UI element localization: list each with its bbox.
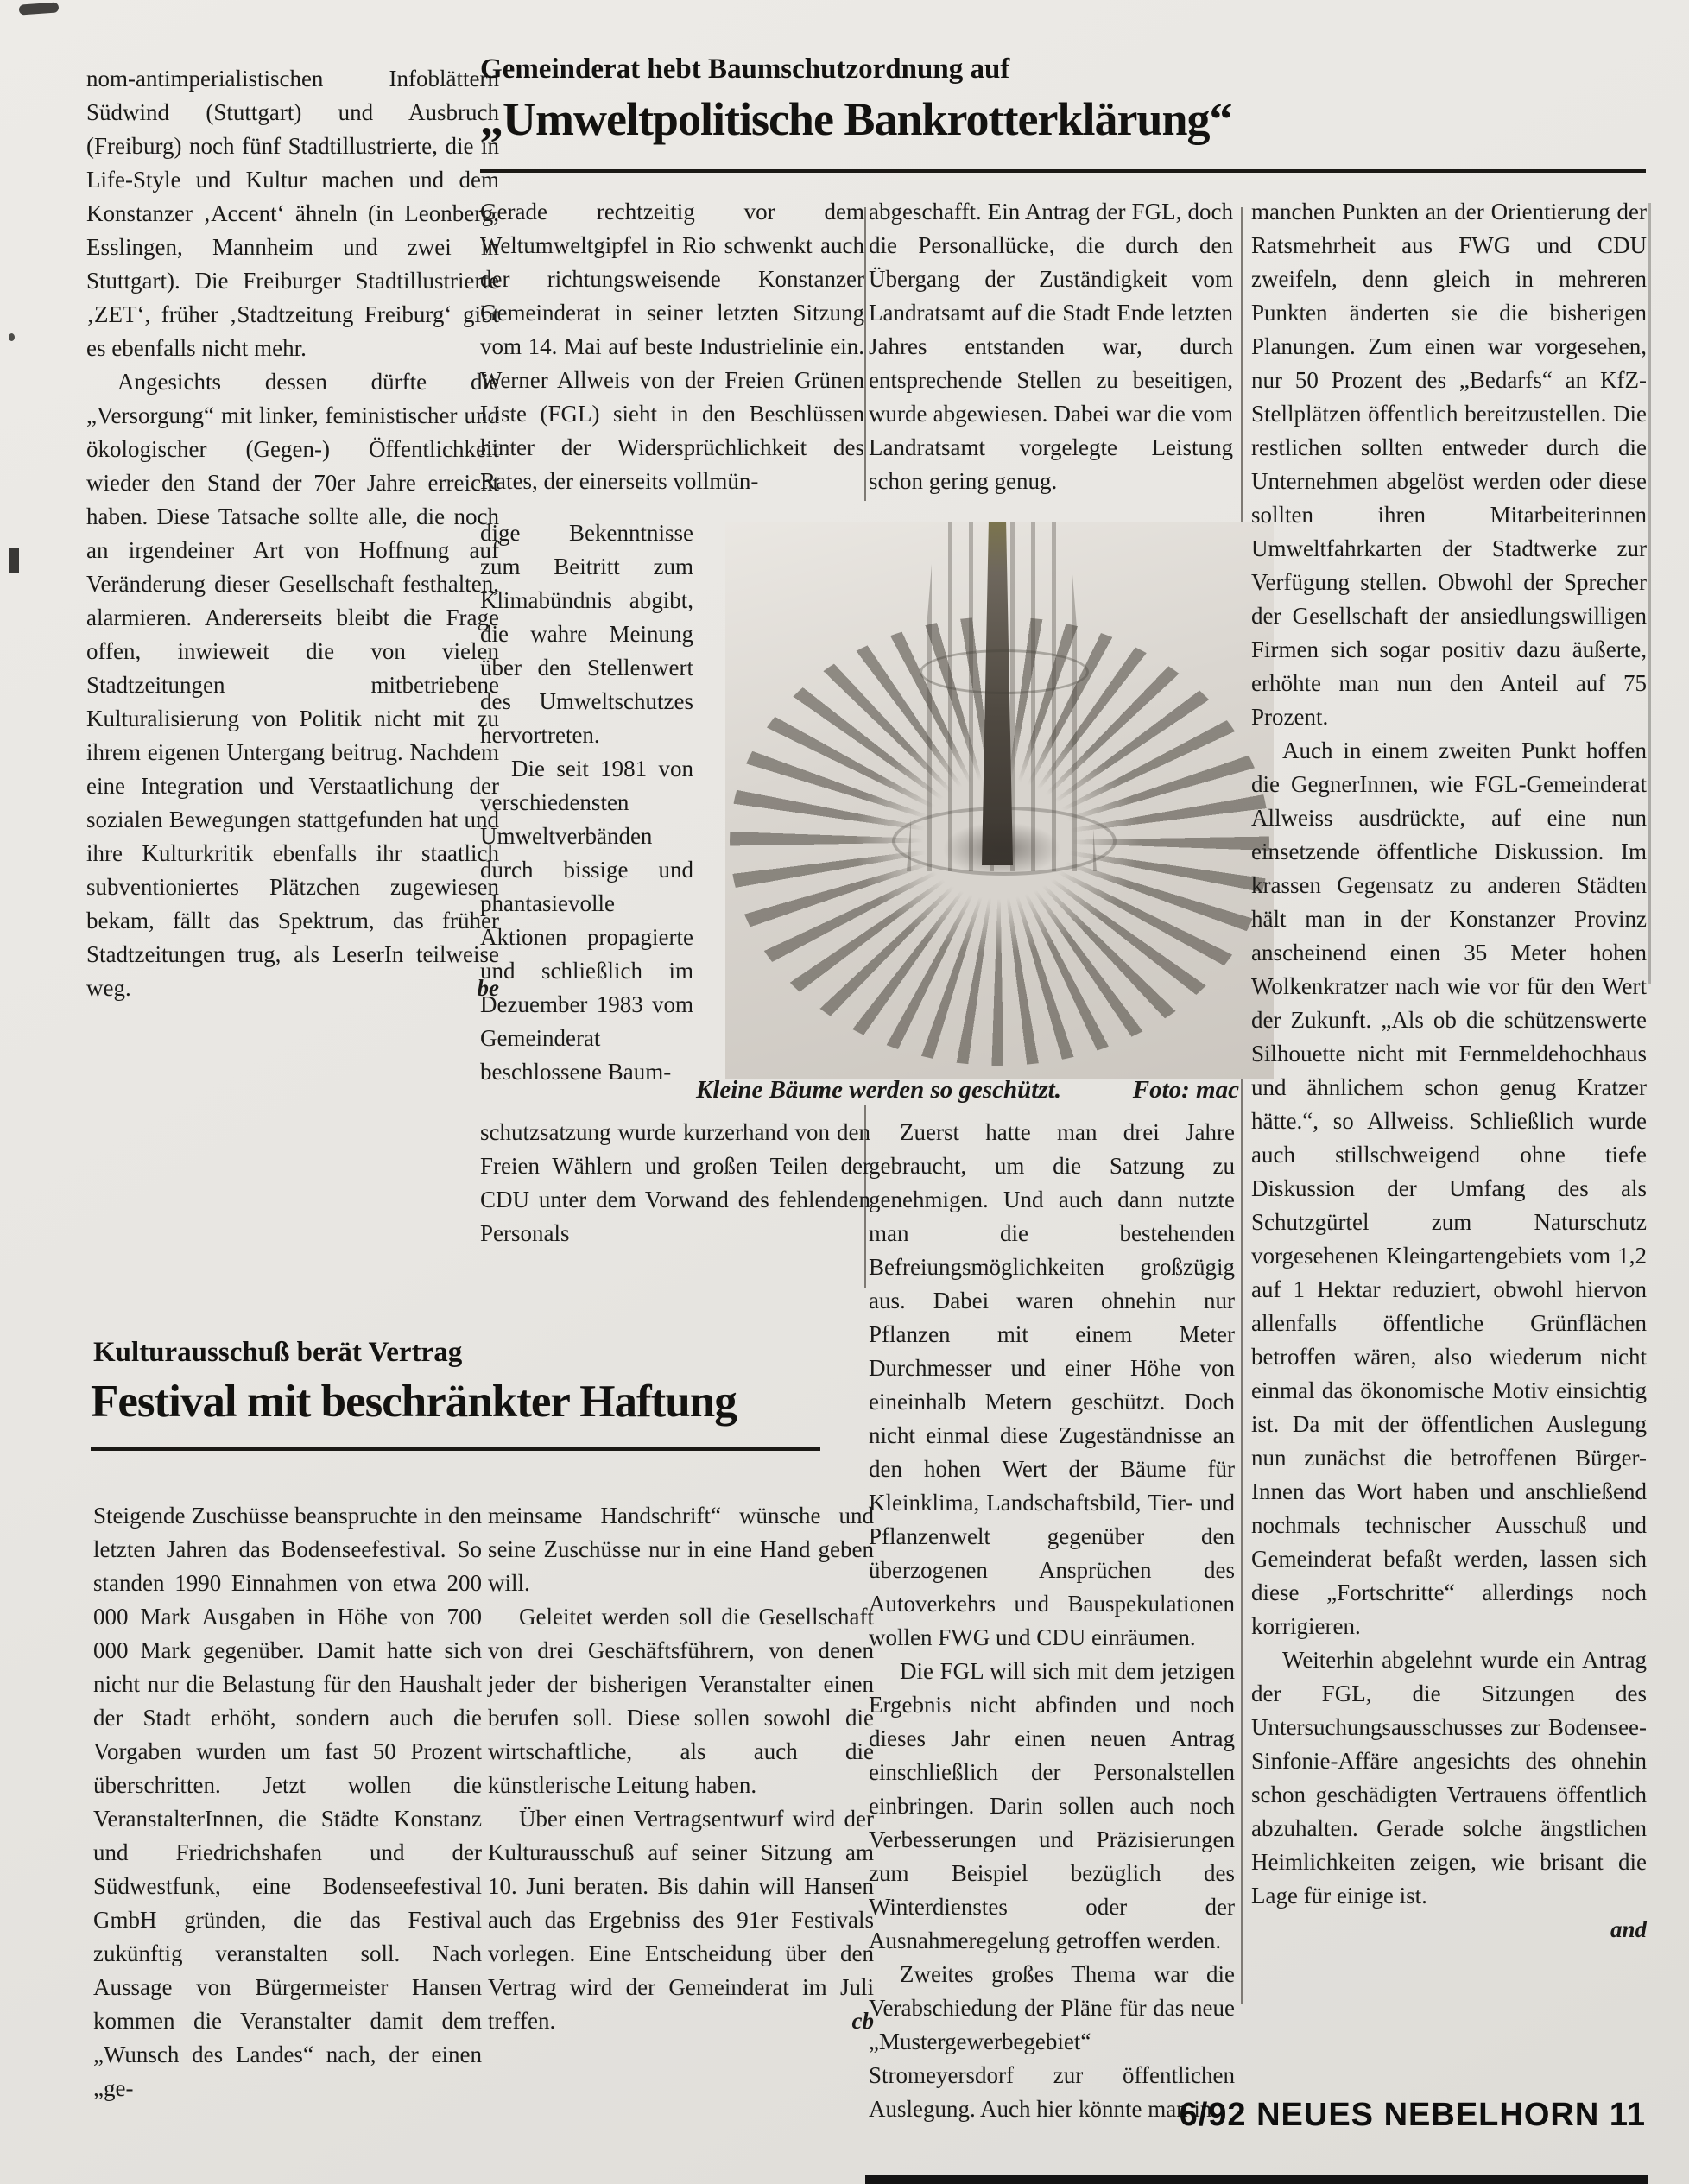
newspaper-page: nom-antimperialistischen Infoblättern Sü…: [0, 0, 1689, 2184]
photo-cage-ring: [920, 649, 1089, 694]
photo-credit: Foto: mac: [1133, 1074, 1239, 1105]
article-paragraph: Geleitet werden soll die Gesellschaft vo…: [488, 1600, 874, 1802]
article-paragraph: Gerade rechtzeitig vor dem Weltumweltgip…: [480, 195, 864, 498]
column-rule: [1241, 207, 1243, 2004]
scan-edge-line: [1648, 203, 1651, 984]
article-paragraph: nom-antimperialistischen Infoblättern Sü…: [86, 62, 499, 365]
author-initials: and: [1251, 1913, 1647, 1947]
festival-column-1: Steigende Zuschüsse beanspruchte in den …: [93, 1499, 482, 2105]
article-paragraph: Die seit 1981 von verschiedensten Umwelt…: [480, 752, 693, 1089]
article-paragraph: Auch in einem zweiten Punkt hoffen die G…: [1251, 734, 1647, 1643]
author-initials: be: [86, 972, 499, 1005]
headline-rule: [91, 1447, 820, 1451]
column-rule: [864, 207, 866, 501]
festival-column-2: meinsame Handschrift“ wünsche und seine …: [488, 1499, 874, 2038]
article-paragraph: abgeschafft. Ein Antrag der FGL, doch di…: [869, 195, 1233, 498]
article-column-c: manchen Punkten an der Orientierung der …: [1251, 195, 1647, 1947]
article-column-b-top: abgeschafft. Ein Antrag der FGL, doch di…: [869, 195, 1233, 498]
article-column-a-top: Gerade rechtzeitig vor dem Weltumweltgip…: [480, 195, 864, 498]
article-paragraph: Zuerst hatte man drei Jahre gebraucht, u…: [869, 1116, 1235, 1655]
article-kicker: Kulturausschuß berät Vertrag: [93, 1337, 462, 1368]
article-paragraph: meinsame Handschrift“ wünsche und seine …: [488, 1499, 874, 1600]
article-column-b-bottom: Zuerst hatte man drei Jahre gebraucht, u…: [869, 1116, 1235, 2126]
article-headline: „Umweltpolitische Bankrotterklärung“: [480, 95, 1231, 144]
article-headline: Festival mit beschränkter Haftung: [91, 1378, 737, 1427]
headline-rule: [480, 169, 1646, 173]
tree-protection-photo: [725, 522, 1274, 1079]
scan-artifact-dot: [9, 333, 15, 341]
article-paragraph: Weiterhin abgelehnt wurde ein Antrag der…: [1251, 1643, 1647, 1913]
caption-text: Kleine Bäume werden so geschützt.: [696, 1074, 1061, 1105]
previous-article-column: nom-antimperialistischen Infoblättern Sü…: [86, 62, 499, 1005]
page-footer: 6/92 NEUES NEBELHORN 11: [1180, 2097, 1646, 2134]
article-column-a-narrow: dige Bekenntnisse zum Beitritt zum Klima…: [480, 516, 693, 1089]
article-paragraph: dige Bekenntnisse zum Beitritt zum Klima…: [480, 516, 693, 752]
page-bottom-bar: [865, 2175, 1648, 2184]
article-kicker: Gemeinderat hebt Baumschutzordnung auf: [480, 54, 1009, 85]
article-paragraph: Die FGL will sich mit dem jetzigen Ergeb…: [869, 1655, 1235, 1958]
scan-artifact-smudge: [19, 2, 60, 15]
scan-artifact-mark: [9, 548, 19, 573]
article-paragraph: Steigende Zuschüsse beanspruchte in den …: [93, 1499, 482, 2105]
article-paragraph: schutzsatzung wurde kurzerhand von den F…: [480, 1116, 870, 1250]
article-paragraph: manchen Punkten an der Orientierung der …: [1251, 195, 1647, 734]
photo-caption: Kleine Bäume werden so geschützt. Foto: …: [696, 1074, 1239, 1105]
article-column-a-bottom: schutzsatzung wurde kurzerhand von den F…: [480, 1116, 870, 1250]
article-paragraph: Angesichts dessen dürfte die „Versorgung…: [86, 365, 499, 1005]
article-paragraph: Über einen Vertragsentwurf wird der Kult…: [488, 1802, 874, 2038]
photo-trunk-base-shadow: [943, 822, 1060, 876]
